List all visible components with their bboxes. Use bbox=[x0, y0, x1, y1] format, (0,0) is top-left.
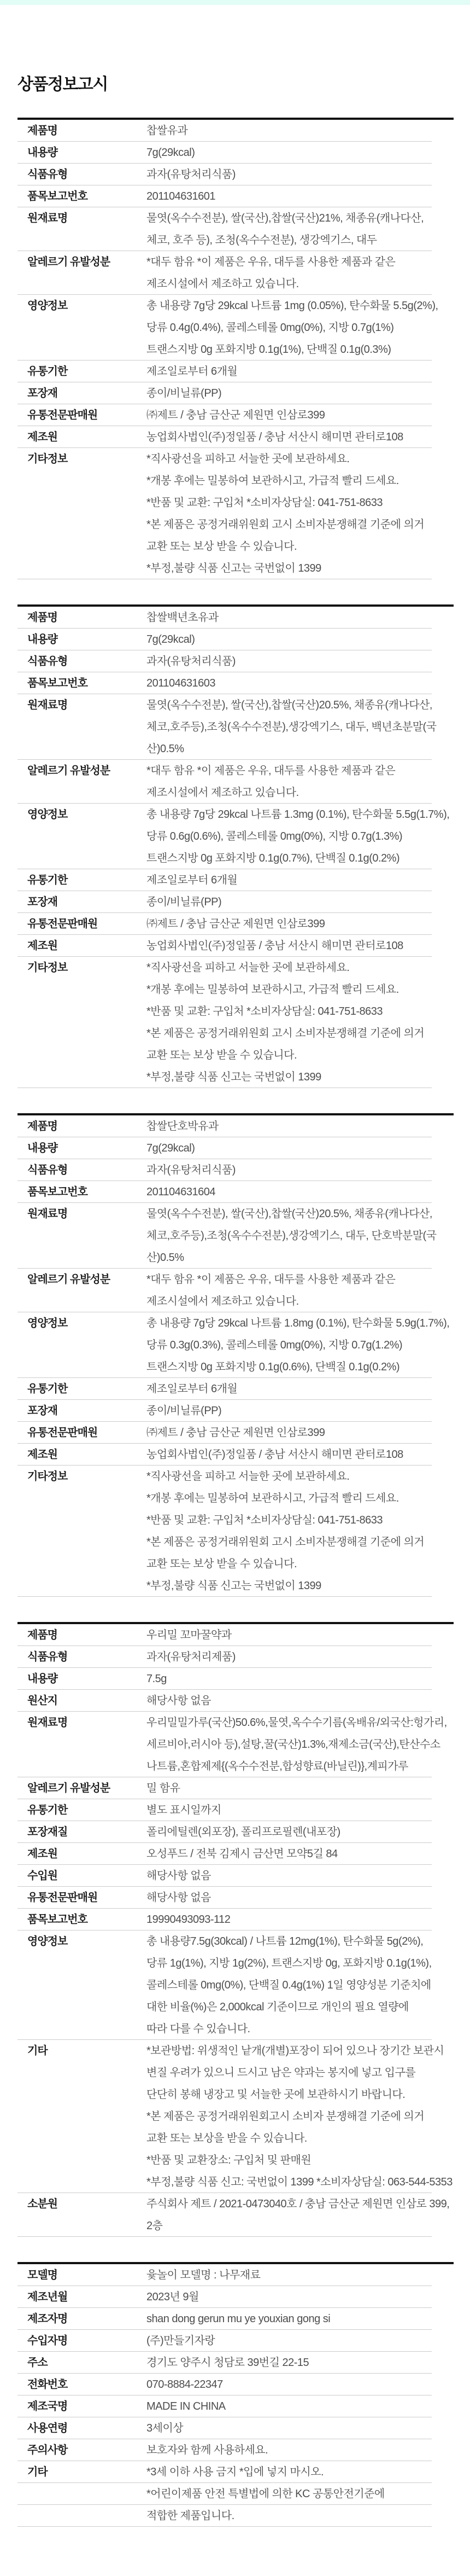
row-value: 총 내용량 7g당 29kcal 나트륨 1.8mg (0.1%), 탄수화물 … bbox=[146, 1312, 454, 1378]
table-row: 제조자명shan dong gerun mu ye youxian gong s… bbox=[17, 2308, 454, 2330]
row-value: 해당사항 없음 bbox=[146, 1865, 454, 1887]
top-strip bbox=[0, 0, 470, 5]
row-value: *어린이제품 안전 특별법에 의한 KC 공통안전기준에 bbox=[146, 2483, 454, 2505]
row-value: 총 내용량 7g당 29kcal 나트륨 1.3mg (0.1%), 탄수화물 … bbox=[146, 804, 454, 869]
table-row: 제조원오성푸드 / 전북 김제시 금산면 모약5길 84 bbox=[17, 1843, 454, 1865]
row-value: 7g(29kcal) bbox=[146, 142, 454, 164]
row-label: 영양정보 bbox=[17, 1312, 146, 1334]
table-row: 제품명찹쌀단호박유과 bbox=[17, 1115, 454, 1137]
table-row: 알레르기 유발성분밀 함유 bbox=[17, 1777, 454, 1799]
row-value: 농업회사법인(주)정일품 / 충남 서산시 해미면 관터로108 bbox=[146, 426, 454, 448]
row-value: 해당사항 없음 bbox=[146, 1690, 454, 1712]
row-value: 과자(유탕처리식품) bbox=[146, 1159, 454, 1181]
table-row: 품목보고번호201104631601 bbox=[17, 185, 454, 207]
row-value: 별도 표시일까지 bbox=[146, 1799, 454, 1821]
product-info-section: 상품정보고시 제품명찹쌀유과내용량7g(29kcal)식품유형과자(유탕처리식품… bbox=[0, 5, 470, 2576]
table-row: 유통전문판매원해당사항 없음 bbox=[17, 1887, 454, 1909]
table-row: 식품유형과자(유탕처리식품) bbox=[17, 164, 454, 185]
table-row: 품목보고번호201104631603 bbox=[17, 672, 454, 694]
table-row: 원재료명물엿(옥수수전분), 쌀(국산),찹쌀(국산)20.5%, 채종유(캐나… bbox=[17, 694, 454, 760]
row-value: 찹쌀백년초유과 bbox=[146, 607, 454, 629]
table-row: 알레르기 유발성분*대두 함유 *이 제품은 우유, 대두를 사용한 제품과 같… bbox=[17, 760, 454, 804]
row-label: 제조원 bbox=[17, 1444, 146, 1466]
row-label: 수입자명 bbox=[17, 2330, 146, 2352]
table-row: 원재료명우리밀밀가루(국산)50.6%,물엿,옥수수기름(옥배유/외국산:헝가리… bbox=[17, 1712, 454, 1777]
row-label: 식품유형 bbox=[17, 1159, 146, 1181]
row-label: 식품유형 bbox=[17, 164, 146, 185]
row-value: 보호자와 함께 사용하세요. bbox=[146, 2439, 454, 2461]
row-value: 종이/비닐류(PP) bbox=[146, 891, 454, 913]
row-label: 제조원 bbox=[17, 426, 146, 448]
row-label: 영양정보 bbox=[17, 1930, 146, 1952]
table-row: 제품명찹쌀유과 bbox=[17, 120, 454, 142]
row-label: 사용연령 bbox=[17, 2417, 146, 2439]
row-label: 포장재질 bbox=[17, 1821, 146, 1843]
row-label: 내용량 bbox=[17, 142, 146, 164]
table-row: 수입자명(주)만들기자랑 bbox=[17, 2330, 454, 2352]
row-label: 원재료명 bbox=[17, 1203, 146, 1225]
table-row: 내용량7.5g bbox=[17, 1668, 454, 1690]
table-row: 주의사항보호자와 함께 사용하세요. bbox=[17, 2439, 454, 2461]
row-label: 유통기한 bbox=[17, 360, 146, 382]
row-label: 알레르기 유발성분 bbox=[17, 251, 146, 273]
row-label: 기타정보 bbox=[17, 448, 146, 470]
table-row: 제품명우리밀 꼬마꿀약과 bbox=[17, 1624, 454, 1646]
row-value: 19990493093-112 bbox=[146, 1909, 454, 1930]
row-label: 원재료명 bbox=[17, 1712, 146, 1734]
row-value: 해당사항 없음 bbox=[146, 1887, 454, 1909]
table-row: 유통기한제조일로부터 6개월 bbox=[17, 869, 454, 891]
row-value: 종이/비닐류(PP) bbox=[146, 382, 454, 404]
row-value: 적합한 제품입니다. bbox=[146, 2505, 454, 2527]
row-label: 원재료명 bbox=[17, 207, 146, 229]
row-value: 오성푸드 / 전북 김제시 금산면 모약5길 84 bbox=[146, 1843, 454, 1865]
table-row: 내용량7g(29kcal) bbox=[17, 1137, 454, 1159]
row-value: 주식회사 제트 / 2021-0473040호 / 충남 금산군 제원면 인삼로… bbox=[146, 2193, 454, 2237]
table-row: 제조국명MADE IN CHINA bbox=[17, 2395, 454, 2417]
row-label: 소분원 bbox=[17, 2193, 146, 2215]
row-value: *대두 함유 *이 제품은 우유, 대두를 사용한 제품과 같은 제조시설에서 … bbox=[146, 251, 454, 295]
table-row: 내용량7g(29kcal) bbox=[17, 142, 454, 164]
table-row: 유통기한별도 표시일까지 bbox=[17, 1799, 454, 1821]
row-label: 포장재 bbox=[17, 382, 146, 404]
row-label: 제품명 bbox=[17, 1624, 146, 1646]
table-row: 영양정보총 내용량 7g당 29kcal 나트륨 1.3mg (0.1%), 탄… bbox=[17, 804, 454, 869]
row-label: 품목보고번호 bbox=[17, 1909, 146, 1930]
table-row: 식품유형과자(유탕처리제품) bbox=[17, 1646, 454, 1668]
table-row: 식품유형과자(유탕처리식품) bbox=[17, 1159, 454, 1181]
table-row: 영양정보총 내용량 7g당 29kcal 나트륨 1mg (0.05%), 탄수… bbox=[17, 295, 454, 360]
row-value: 총 내용량 7g당 29kcal 나트륨 1mg (0.05%), 탄수화물 5… bbox=[146, 295, 454, 360]
row-label: 식품유형 bbox=[17, 1646, 146, 1668]
table-row: 원재료명물엿(옥수수전분), 쌀(국산),찹쌀(국산)20.5%, 채종유(캐나… bbox=[17, 1203, 454, 1269]
row-label: 영양정보 bbox=[17, 295, 146, 317]
info-table: 제품명찹쌀유과내용량7g(29kcal)식품유형과자(유탕처리식품)품목보고번호… bbox=[17, 118, 454, 579]
table-row: 사용연령3세이상 bbox=[17, 2417, 454, 2439]
tables-container: 제품명찹쌀유과내용량7g(29kcal)식품유형과자(유탕처리식품)품목보고번호… bbox=[17, 118, 454, 2527]
table-row: 유통전문판매원㈜제트 / 충남 금산군 제원면 인삼로399 bbox=[17, 1422, 454, 1444]
row-label: 알레르기 유발성분 bbox=[17, 1777, 146, 1799]
table-row: 기타정보*직사광선을 피하고 서늘한 곳에 보관하세요. *개봉 후에는 밀봉하… bbox=[17, 448, 454, 579]
row-label: 원재료명 bbox=[17, 694, 146, 716]
row-label: 제조원 bbox=[17, 935, 146, 957]
table-row: 유통전문판매원㈜제트 / 충남 금산군 제원면 인삼로399 bbox=[17, 913, 454, 935]
table-row: 주소경기도 양주시 청담로 39번길 22-15 bbox=[17, 2352, 454, 2374]
row-value: 총 내용량7.5g(30kcal) / 나트륨 12mg(1%), 탄수화물 5… bbox=[146, 1930, 454, 2040]
row-value: 농업회사법인(주)정일품 / 충남 서산시 해미면 관터로108 bbox=[146, 935, 454, 957]
row-value: *보관방법: 위생적인 낱개(개별)포장이 되어 있으나 장기간 보관시 변질 … bbox=[146, 2040, 454, 2193]
row-value: 윷놀이 모델명 : 나무재료 bbox=[146, 2264, 454, 2286]
row-label: 원산지 bbox=[17, 1690, 146, 1712]
row-label: 포장재 bbox=[17, 1400, 146, 1422]
table-row: 유통전문판매원㈜제트 / 충남 금산군 제원면 인삼로399 bbox=[17, 404, 454, 426]
row-label: 내용량 bbox=[17, 1668, 146, 1690]
row-value: *직사광선을 피하고 서늘한 곳에 보관하세요. *개봉 후에는 밀봉하여 보관… bbox=[146, 448, 454, 579]
table-row: 식품유형과자(유탕처리식품) bbox=[17, 650, 454, 672]
table-row: *어린이제품 안전 특별법에 의한 KC 공통안전기준에 bbox=[17, 2483, 454, 2505]
table-row: 기타*3세 이하 사용 금지 *입에 넣지 마시오. bbox=[17, 2461, 454, 2483]
table-row: 포장재종이/비닐류(PP) bbox=[17, 1400, 454, 1422]
row-label: 주의사항 bbox=[17, 2439, 146, 2461]
table-row: 기타정보*직사광선을 피하고 서늘한 곳에 보관하세요. *개봉 후에는 밀봉하… bbox=[17, 1466, 454, 1597]
row-value: 과자(유탕처리제품) bbox=[146, 1646, 454, 1668]
row-value: *대두 함유 *이 제품은 우유, 대두를 사용한 제품과 같은 제조시설에서 … bbox=[146, 760, 454, 804]
row-value: 201104631604 bbox=[146, 1181, 454, 1203]
row-value: *대두 함유 *이 제품은 우유, 대두를 사용한 제품과 같은 제조시설에서 … bbox=[146, 1269, 454, 1312]
row-value: 제조일로부터 6개월 bbox=[146, 360, 454, 382]
table-row: 유통기한제조일로부터 6개월 bbox=[17, 360, 454, 382]
table-row: 포장재종이/비닐류(PP) bbox=[17, 382, 454, 404]
table-row: 포장재종이/비닐류(PP) bbox=[17, 891, 454, 913]
row-label: 품목보고번호 bbox=[17, 1181, 146, 1203]
row-value: 찹쌀유과 bbox=[146, 120, 454, 142]
row-value: 제조일로부터 6개월 bbox=[146, 1378, 454, 1400]
row-value: 7g(29kcal) bbox=[146, 1137, 454, 1159]
table-row: 소분원주식회사 제트 / 2021-0473040호 / 충남 금산군 제원면 … bbox=[17, 2193, 454, 2237]
table-row: 기타정보*직사광선을 피하고 서늘한 곳에 보관하세요. *개봉 후에는 밀봉하… bbox=[17, 957, 454, 1088]
row-label: 수입원 bbox=[17, 1865, 146, 1887]
row-label: 내용량 bbox=[17, 629, 146, 650]
row-label: 제조년월 bbox=[17, 2286, 146, 2308]
row-value: ㈜제트 / 충남 금산군 제원면 인삼로399 bbox=[146, 1422, 454, 1444]
row-label: 제조자명 bbox=[17, 2308, 146, 2330]
page-title: 상품정보고시 bbox=[17, 71, 454, 95]
row-value: 070-8884-22347 bbox=[146, 2374, 454, 2395]
row-value: *직사광선을 피하고 서늘한 곳에 보관하세요. *개봉 후에는 밀봉하여 보관… bbox=[146, 957, 454, 1088]
table-row: 영양정보총 내용량7.5g(30kcal) / 나트륨 12mg(1%), 탄수… bbox=[17, 1930, 454, 2040]
row-value: *3세 이하 사용 금지 *입에 넣지 마시오. bbox=[146, 2461, 454, 2483]
row-value: 2023년 9월 bbox=[146, 2286, 454, 2308]
row-value: 폴리에틸렌(외포장), 폴리프로필렌(내포장) bbox=[146, 1821, 454, 1843]
row-value: 제조일로부터 6개월 bbox=[146, 869, 454, 891]
row-label: 유통전문판매원 bbox=[17, 1422, 146, 1444]
row-value: 7.5g bbox=[146, 1668, 454, 1690]
row-value: 201104631603 bbox=[146, 672, 454, 694]
row-label: 유통전문판매원 bbox=[17, 404, 146, 426]
row-value: 과자(유탕처리식품) bbox=[146, 164, 454, 185]
row-label: 유통전문판매원 bbox=[17, 1887, 146, 1909]
table-row: 모델명윷놀이 모델명 : 나무재료 bbox=[17, 2264, 454, 2286]
row-value: 우리밀 꼬마꿀약과 bbox=[146, 1624, 454, 1646]
table-row: 알레르기 유발성분*대두 함유 *이 제품은 우유, 대두를 사용한 제품과 같… bbox=[17, 251, 454, 295]
row-label: 제조원 bbox=[17, 1843, 146, 1865]
row-value: 7g(29kcal) bbox=[146, 629, 454, 650]
row-value: ㈜제트 / 충남 금산군 제원면 인삼로399 bbox=[146, 913, 454, 935]
row-label: 품목보고번호 bbox=[17, 672, 146, 694]
table-row: 알레르기 유발성분*대두 함유 *이 제품은 우유, 대두를 사용한 제품과 같… bbox=[17, 1269, 454, 1312]
row-label: 유통기한 bbox=[17, 1799, 146, 1821]
row-value: ㈜제트 / 충남 금산군 제원면 인삼로399 bbox=[146, 404, 454, 426]
table-row: 원재료명물엿(옥수수전분), 쌀(국산),찹쌀(국산)21%, 채종유(캐나다산… bbox=[17, 207, 454, 251]
row-label: 모델명 bbox=[17, 2264, 146, 2286]
row-label: 제조국명 bbox=[17, 2395, 146, 2417]
row-value: 찹쌀단호박유과 bbox=[146, 1115, 454, 1137]
table-row: 기타*보관방법: 위생적인 낱개(개별)포장이 되어 있으나 장기간 보관시 변… bbox=[17, 2040, 454, 2193]
row-label: 식품유형 bbox=[17, 650, 146, 672]
row-value: MADE IN CHINA bbox=[146, 2395, 454, 2417]
table-row: 품목보고번호19990493093-112 bbox=[17, 1909, 454, 1930]
row-label: 알레르기 유발성분 bbox=[17, 1269, 146, 1290]
row-label: 유통전문판매원 bbox=[17, 913, 146, 935]
row-label: 제품명 bbox=[17, 607, 146, 629]
row-label: 전화번호 bbox=[17, 2374, 146, 2395]
table-row: 유통기한제조일로부터 6개월 bbox=[17, 1378, 454, 1400]
table-row: 내용량7g(29kcal) bbox=[17, 629, 454, 650]
row-value: 201104631601 bbox=[146, 185, 454, 207]
info-table: 제품명찹쌀백년초유과내용량7g(29kcal)식품유형과자(유탕처리식품)품목보… bbox=[17, 604, 454, 1088]
row-label: 알레르기 유발성분 bbox=[17, 760, 146, 782]
row-value: 물엿(옥수수전분), 쌀(국산),찹쌀(국산)20.5%, 채종유(캐나다산, … bbox=[146, 1203, 454, 1269]
row-label: 유통기한 bbox=[17, 1378, 146, 1400]
row-label: 내용량 bbox=[17, 1137, 146, 1159]
table-row: 제조원농업회사법인(주)정일품 / 충남 서산시 해미면 관터로108 bbox=[17, 935, 454, 957]
table-row: 제조원농업회사법인(주)정일품 / 충남 서산시 해미면 관터로108 bbox=[17, 426, 454, 448]
table-row: 포장재질폴리에틸렌(외포장), 폴리프로필렌(내포장) bbox=[17, 1821, 454, 1843]
row-value: shan dong gerun mu ye youxian gong si bbox=[146, 2308, 454, 2330]
row-value: 우리밀밀가루(국산)50.6%,물엿,옥수수기름(옥배유/외국산:헝가리, 세르… bbox=[146, 1712, 454, 1777]
info-table: 모델명윷놀이 모델명 : 나무재료제조년월2023년 9월제조자명shan do… bbox=[17, 2262, 454, 2527]
row-value: 밀 함유 bbox=[146, 1777, 454, 1799]
table-row: 제품명찹쌀백년초유과 bbox=[17, 607, 454, 629]
info-table: 제품명우리밀 꼬마꿀약과식품유형과자(유탕처리제품)내용량7.5g원산지해당사항… bbox=[17, 1622, 454, 2237]
row-label: 주소 bbox=[17, 2352, 146, 2374]
table-row: 영양정보총 내용량 7g당 29kcal 나트륨 1.8mg (0.1%), 탄… bbox=[17, 1312, 454, 1378]
row-label: 제품명 bbox=[17, 120, 146, 142]
table-row: 적합한 제품입니다. bbox=[17, 2505, 454, 2527]
row-value: (주)만들기자랑 bbox=[146, 2330, 454, 2352]
row-label: 영양정보 bbox=[17, 804, 146, 825]
row-value: 3세이상 bbox=[146, 2417, 454, 2439]
table-row: 원산지해당사항 없음 bbox=[17, 1690, 454, 1712]
row-label: 기타 bbox=[17, 2040, 146, 2062]
row-label: 제품명 bbox=[17, 1115, 146, 1137]
info-table: 제품명찹쌀단호박유과내용량7g(29kcal)식품유형과자(유탕처리식품)품목보… bbox=[17, 1113, 454, 1597]
row-value: 경기도 양주시 청담로 39번길 22-15 bbox=[146, 2352, 454, 2374]
row-label: 기타 bbox=[17, 2461, 146, 2483]
row-value: 종이/비닐류(PP) bbox=[146, 1400, 454, 1422]
row-value: 농업회사법인(주)정일품 / 충남 서산시 해미면 관터로108 bbox=[146, 1444, 454, 1466]
table-row: 품목보고번호201104631604 bbox=[17, 1181, 454, 1203]
row-label: 품목보고번호 bbox=[17, 185, 146, 207]
table-row: 수입원해당사항 없음 bbox=[17, 1865, 454, 1887]
row-label: 기타정보 bbox=[17, 957, 146, 979]
row-value: 과자(유탕처리식품) bbox=[146, 650, 454, 672]
table-row: 전화번호070-8884-22347 bbox=[17, 2374, 454, 2395]
table-row: 제조원농업회사법인(주)정일품 / 충남 서산시 해미면 관터로108 bbox=[17, 1444, 454, 1466]
table-row: 제조년월2023년 9월 bbox=[17, 2286, 454, 2308]
row-value: *직사광선을 피하고 서늘한 곳에 보관하세요. *개봉 후에는 밀봉하여 보관… bbox=[146, 1466, 454, 1597]
row-label: 기타정보 bbox=[17, 1466, 146, 1487]
row-value: 물엿(옥수수전분), 쌀(국산),찹쌀(국산)20.5%, 채종유(캐나다산, … bbox=[146, 694, 454, 760]
row-label: 유통기한 bbox=[17, 869, 146, 891]
row-label: 포장재 bbox=[17, 891, 146, 913]
row-value: 물엿(옥수수전분), 쌀(국산),찹쌀(국산)21%, 채종유(캐나다산, 체코… bbox=[146, 207, 454, 251]
